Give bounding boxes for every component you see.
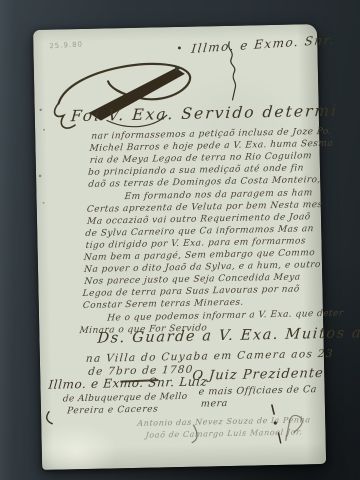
photo-backdrop: 25.9.80 Illmo. e Exmo. Snr. Foi V. Exa. (0, 0, 360, 480)
addressee-line: Pereira e Caceres (67, 405, 159, 416)
signatory-line: O Juiz Prezidente (192, 367, 325, 383)
manuscript-page: 25.9.80 Illmo. e Exmo. Snr. Foi V. Exa. (33, 24, 326, 470)
signatory-line: mera (200, 399, 228, 409)
signatory-line: e mais Officiaes de Ca (198, 385, 317, 397)
addressee-line: Illmo. e Exmo. Snr. Luiz (48, 375, 208, 390)
